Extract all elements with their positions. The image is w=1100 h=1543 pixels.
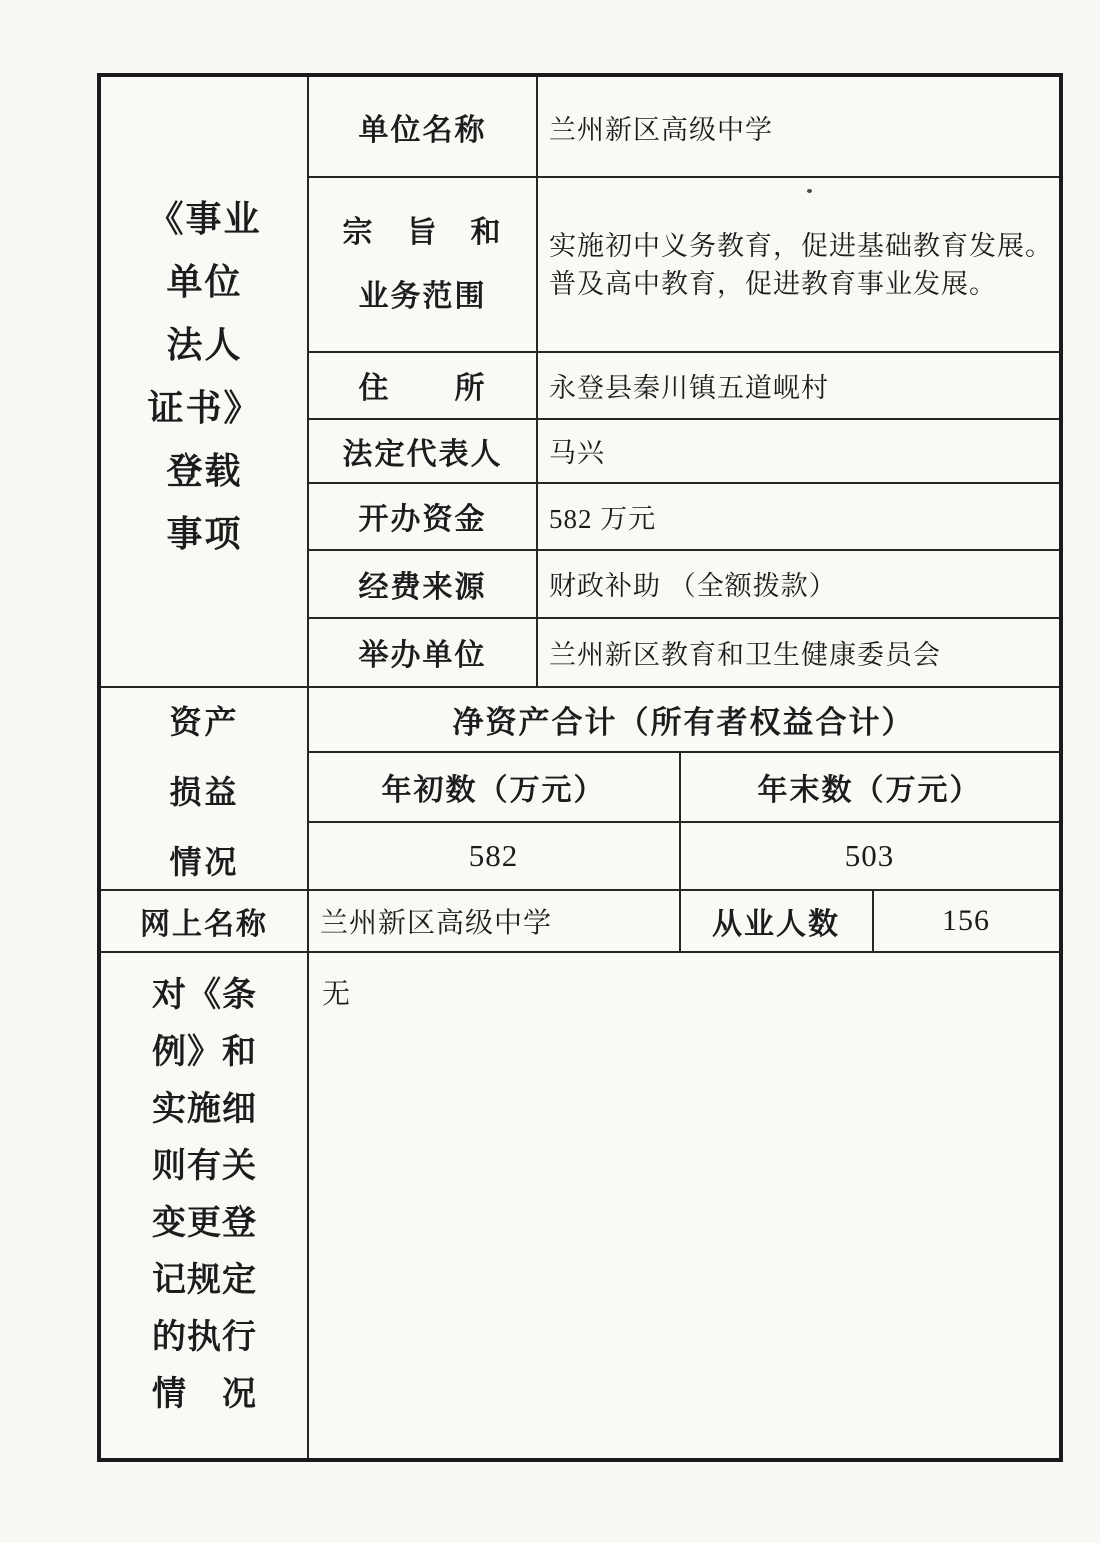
assets-header-line: 资产: [169, 685, 239, 755]
funding-value: 财政补助 （全额拨款）: [537, 550, 1059, 617]
mission-label: 宗 旨 和 业务范围: [308, 177, 537, 352]
compliance-header-line: 则有关: [152, 1134, 257, 1191]
online-name-value: 兰州新区高级中学: [308, 890, 679, 951]
certificate-header-line: 《事业: [147, 185, 261, 248]
begin-of-year-label: 年初数（万元）: [308, 752, 679, 821]
capital-label: 开办资金: [308, 483, 537, 549]
ink-dot-artifact: [807, 189, 812, 193]
end-of-year-value: 503: [680, 822, 1059, 889]
net-assets-title: 净资产合计（所有者权益合计）: [308, 687, 1059, 751]
staff-count-label: 从业人数: [680, 890, 872, 951]
legal-rep-value: 马兴: [537, 419, 1059, 482]
mission-value: 实施初中义务教育，促进基础教育发展。 普及高中教育，促进教育事业发展。: [537, 177, 1059, 352]
assets-section-header: 资产 损益 情况: [101, 685, 308, 895]
mission-value-line1: 实施初中义务教育，促进基础教育发展。: [549, 227, 1053, 265]
compliance-header-line: 对《条: [152, 963, 257, 1020]
compliance-header-line: 变更登: [152, 1191, 257, 1248]
compliance-header-line: 情 况: [152, 1362, 257, 1419]
assets-header-line: 损益: [169, 755, 239, 825]
compliance-header-line: 记规定: [152, 1248, 257, 1305]
scanned-page: 《事业 单位 法人 证书》 登载 事项 单位名称 兰州新区高级中学 宗 旨 和 …: [0, 0, 1100, 1543]
grid-line: [101, 951, 1059, 953]
certificate-header-line: 法人: [166, 311, 242, 374]
compliance-section-header: 对《条 例》和 实施细 则有关 变更登 记规定 的执行 情 况: [101, 963, 308, 1419]
registration-table: 《事业 单位 法人 证书》 登载 事项 单位名称 兰州新区高级中学 宗 旨 和 …: [97, 73, 1063, 1462]
funding-label: 经费来源: [308, 550, 537, 617]
mission-label-line1: 宗 旨 和: [343, 201, 503, 265]
staff-count-value: 156: [873, 890, 1059, 951]
unit-name-value: 兰州新区高级中学: [537, 77, 1059, 177]
legal-rep-label: 法定代表人: [308, 419, 537, 482]
mission-label-line2: 业务范围: [359, 265, 487, 329]
begin-of-year-value: 582: [308, 822, 679, 889]
certificate-header-line: 登载: [166, 437, 242, 500]
compliance-header-line: 实施细: [152, 1077, 257, 1134]
capital-value: 582 万元: [537, 483, 1059, 549]
mission-value-line2: 普及高中教育，促进教育事业发展。: [549, 265, 1053, 303]
compliance-header-line: 的执行: [152, 1305, 257, 1362]
unit-name-label: 单位名称: [308, 77, 537, 177]
organizer-value: 兰州新区教育和卫生健康委员会: [537, 618, 1059, 686]
certificate-header-line: 证书》: [147, 374, 261, 437]
compliance-value: 无: [308, 963, 708, 1020]
organizer-label: 举办单位: [308, 618, 537, 686]
compliance-header-line: 例》和: [152, 1020, 257, 1077]
assets-header-line: 情况: [169, 825, 239, 895]
end-of-year-label: 年末数（万元）: [680, 752, 1059, 821]
address-label: 住 所: [308, 352, 537, 418]
online-name-label: 网上名称: [101, 890, 307, 951]
certificate-section-header: 《事业 单位 法人 证书》 登载 事项: [101, 185, 308, 563]
certificate-header-line: 事项: [166, 500, 242, 563]
certificate-header-line: 单位: [166, 248, 242, 311]
address-value: 永登县秦川镇五道岘村: [537, 352, 1059, 418]
